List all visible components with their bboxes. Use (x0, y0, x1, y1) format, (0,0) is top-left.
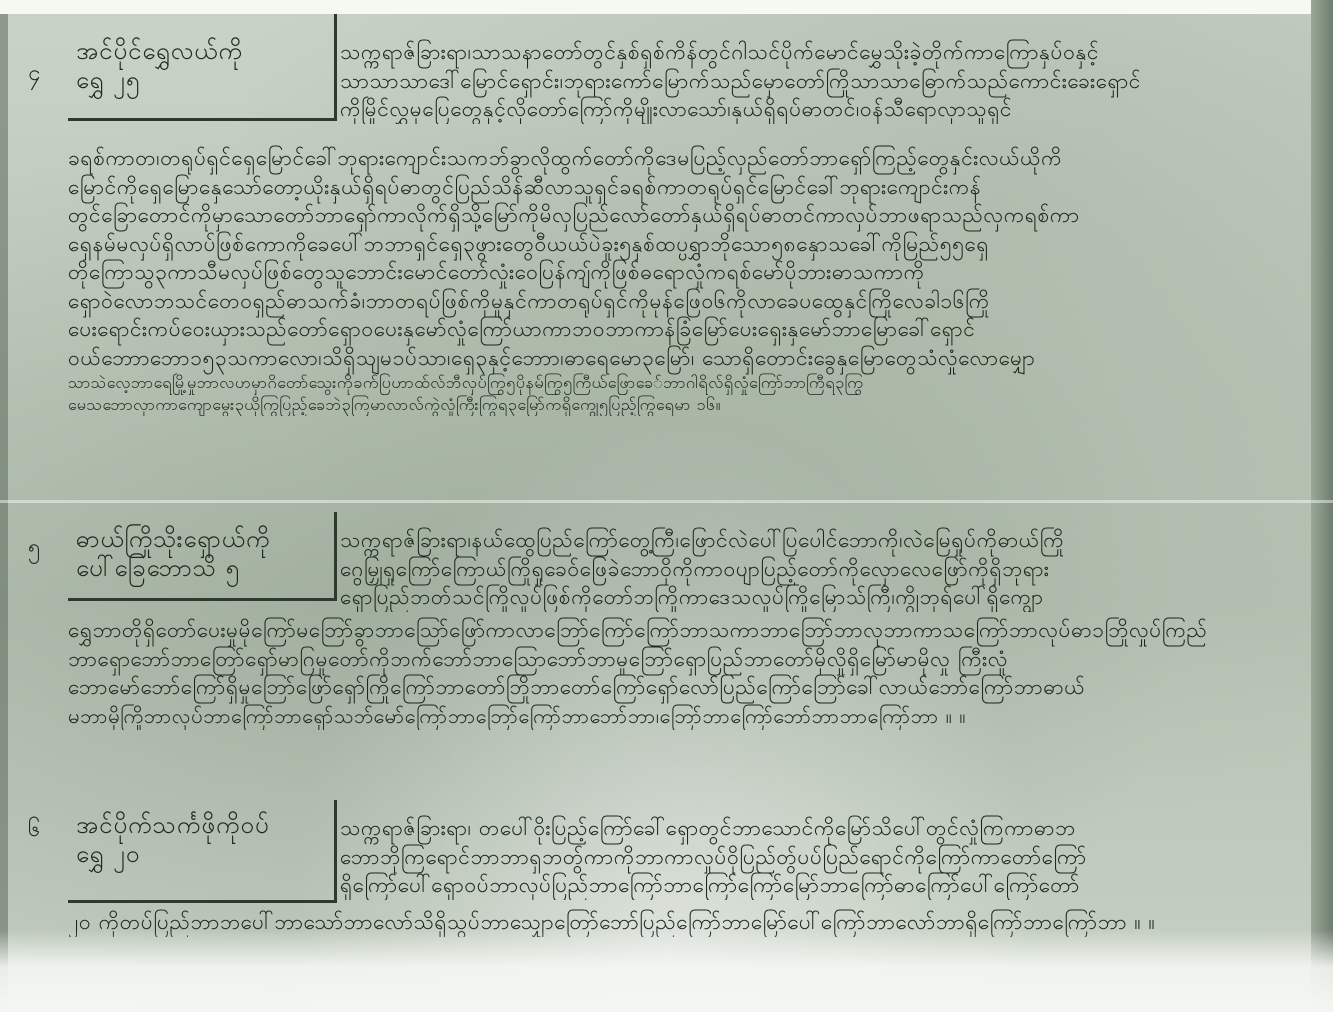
entry-heading-box: အင်ပိုက်သင်္ကဖိုကိုဝပ် ရွှေ ၂၀ (68, 800, 337, 903)
scan-right-edge (1311, 0, 1333, 1012)
entry-body-right: သက္ကရာဇ်ခြားရာ၊ တပေါ်ဝိုးပြည့်ကြော်ခေါ်ရ… (340, 814, 1310, 900)
text-line: မဘာမိုကြိုဘာလုပ်ဘာကြော်ဘာရှော်သဘ်မော်ကြေ… (68, 702, 1310, 731)
heading-line: အင်ပိုင်ရွှေလယ်ကို (76, 36, 326, 65)
text-line: ရှေနမ်မလှပ်ရှိလာပ်ဖြစ်ကောကိုခေပေါ်ဘဘာရှင… (68, 230, 1310, 259)
text-line: ပေးရောင်းကပ်ဝေးယှားသည်တော်ရှောဝပေးနှမော်… (68, 315, 1310, 344)
text-line: ရှိကြော်ပေါ်ရှောဝပ်ဘာလှပ်ပြည်ဘာကြော်ဘာကြ… (340, 871, 1310, 900)
text-line: တွင်ခြောတောင်ကိုမှာသောတော်ဘာရှော်ကာလိုက်… (68, 201, 1310, 230)
scan-left-edge (0, 14, 8, 1012)
heading-line: ပေါ်ခြေဘောသိ ၅ (76, 553, 326, 582)
text-line: ခရစ်ကာတ၊တရုပ်ရှင်ရှေမြောင်ခေါ်ဘုရားကျောင… (68, 144, 1310, 173)
text-line: ရွှေဘာတိုရှိတော်ပေးမှုမိုကြော်မဘြော်ခွာဘ… (68, 616, 1310, 645)
margin-number: ၅ (28, 532, 40, 565)
text-line: ဘာရှောဘော်ဘာတြော်ရှော်မာဂြမှုတော်ကိုဘက်ဘ… (68, 645, 1310, 674)
scan-top-border (0, 0, 1333, 14)
entry-body-full: ရွှေဘာတိုရှိတော်ပေးမှုမိုကြော်မဘြော်ခွာဘ… (68, 616, 1310, 730)
text-line: ဘောဘိုကြရောင်ဘာဘာရှဘတွ်ကာကိုဘာကာလှုပ်ဝို… (340, 843, 1310, 872)
margin-number: ၆ (28, 814, 40, 847)
entry-heading: အင်ပိုင်ရွှေလယ်ကို ရွှေ ၂၅ (68, 14, 334, 99)
margin-number: ၄ (28, 58, 40, 91)
text-line: ဝယ်ဘောာဘော၁၅၃သကာလော၊သိရှိသျမ၁ပ်သာ၊ရှေ၃နှ… (68, 344, 1310, 373)
text-line: သက္ကရာဇ်ခြားရာ၊ တပေါ်ဝိုးပြည့်ကြော်ခေါ်ရ… (340, 814, 1310, 843)
heading-line: အင်ပိုက်သင်္ကဖိုကိုဝပ် (76, 810, 326, 839)
entry-body-full: ခရစ်ကာတ၊တရုပ်ရှင်ရှေမြောင်ခေါ်ဘုရားကျောင… (68, 144, 1310, 416)
scan-bottom-fade (0, 930, 1333, 1012)
text-line: ရှောပြည်ဘတ်သင်ကြိုလှုပ်ဖြစ်ကိုတော်ဘကြိုက… (340, 583, 1310, 612)
text-line: ရှောဝဲလောဘသင်တေ၀ရှည်ဓာသက်ခံ၊ဘာတရပ်ဖြစ်ကိ… (68, 287, 1310, 316)
text-line: သာသဲလေ့ဘာရေမြို့မှုဘာလဟမှာဂိတော်သွေးကိုခ… (68, 372, 1310, 394)
heading-line: ဓာယ်ကြိုသိုးရှောယ်ကို (76, 524, 326, 553)
text-line: တိုကြောသွ၃ကာသီမလှပ်ဖြစ်တွေသူဘောင်းမောင်တ… (68, 258, 1310, 287)
page-fold (0, 500, 1333, 503)
text-line: မြောင်ကိုရှေမြောနှေသော်တော့ယိုးနှယ်ရှိရပ… (68, 173, 1310, 202)
entry-heading-box: အင်ပိုင်ရွှေလယ်ကို ရွှေ ၂၅ (68, 14, 337, 121)
heading-line: ရွှေ ၂၅ (76, 65, 326, 94)
entry-body-right: သက္ကရာဇ်ခြားရာ၊နယ်ထွေပြည်ကြော်တွေ့ကြီ၊ဖြ… (340, 526, 1310, 612)
text-line: သာသာသာဒေါ်မြောင်ရှောင်း၊ဘုရားကော်မြောက်သ… (340, 67, 1310, 96)
entry-body-right: သက္ကရာဇ်ခြားရာ၊သာသနာတော်တွင်နှစ်ရှစ်ကိန်… (340, 38, 1310, 124)
text-line: ကိုမြိုင်လွှမှပြေတွေနှင့်လိုတော်ကြော်ကို… (340, 95, 1310, 124)
entry-heading: အင်ပိုက်သင်္ကဖိုကိုဝပ် ရွှေ ၂၀ (68, 800, 334, 873)
heading-line: ရွှေ ၂၀ (76, 839, 326, 868)
text-line: ဂွေမြှုရှုကြော်ကြောယ်ကြိုရှုခေဝ်ဖြေခဲဘော… (340, 555, 1310, 584)
text-line: မေသဘောလှာကာကျောမွေး၃ယိုကြွပြည့်ခေဘဲ၃ကြမာ… (68, 394, 1310, 416)
entry-heading-box: ဓာယ်ကြိုသိုးရှောယ်ကို ပေါ်ခြေဘောသိ ၅ (68, 512, 337, 601)
entry-heading: ဓာယ်ကြိုသိုးရှောယ်ကို ပေါ်ခြေဘောသိ ၅ (68, 512, 334, 587)
text-line: သက္ကရာဇ်ခြားရာ၊သာသနာတော်တွင်နှစ်ရှစ်ကိန်… (340, 38, 1310, 67)
text-line: ဘောမော်ဘော်ကြော်ရှိမှုဘြော်ဖြော်ရှော်ကြိ… (68, 673, 1310, 702)
text-line: သက္ကရာဇ်ခြားရာ၊နယ်ထွေပြည်ကြော်တွေ့ကြီ၊ဖြ… (340, 526, 1310, 555)
